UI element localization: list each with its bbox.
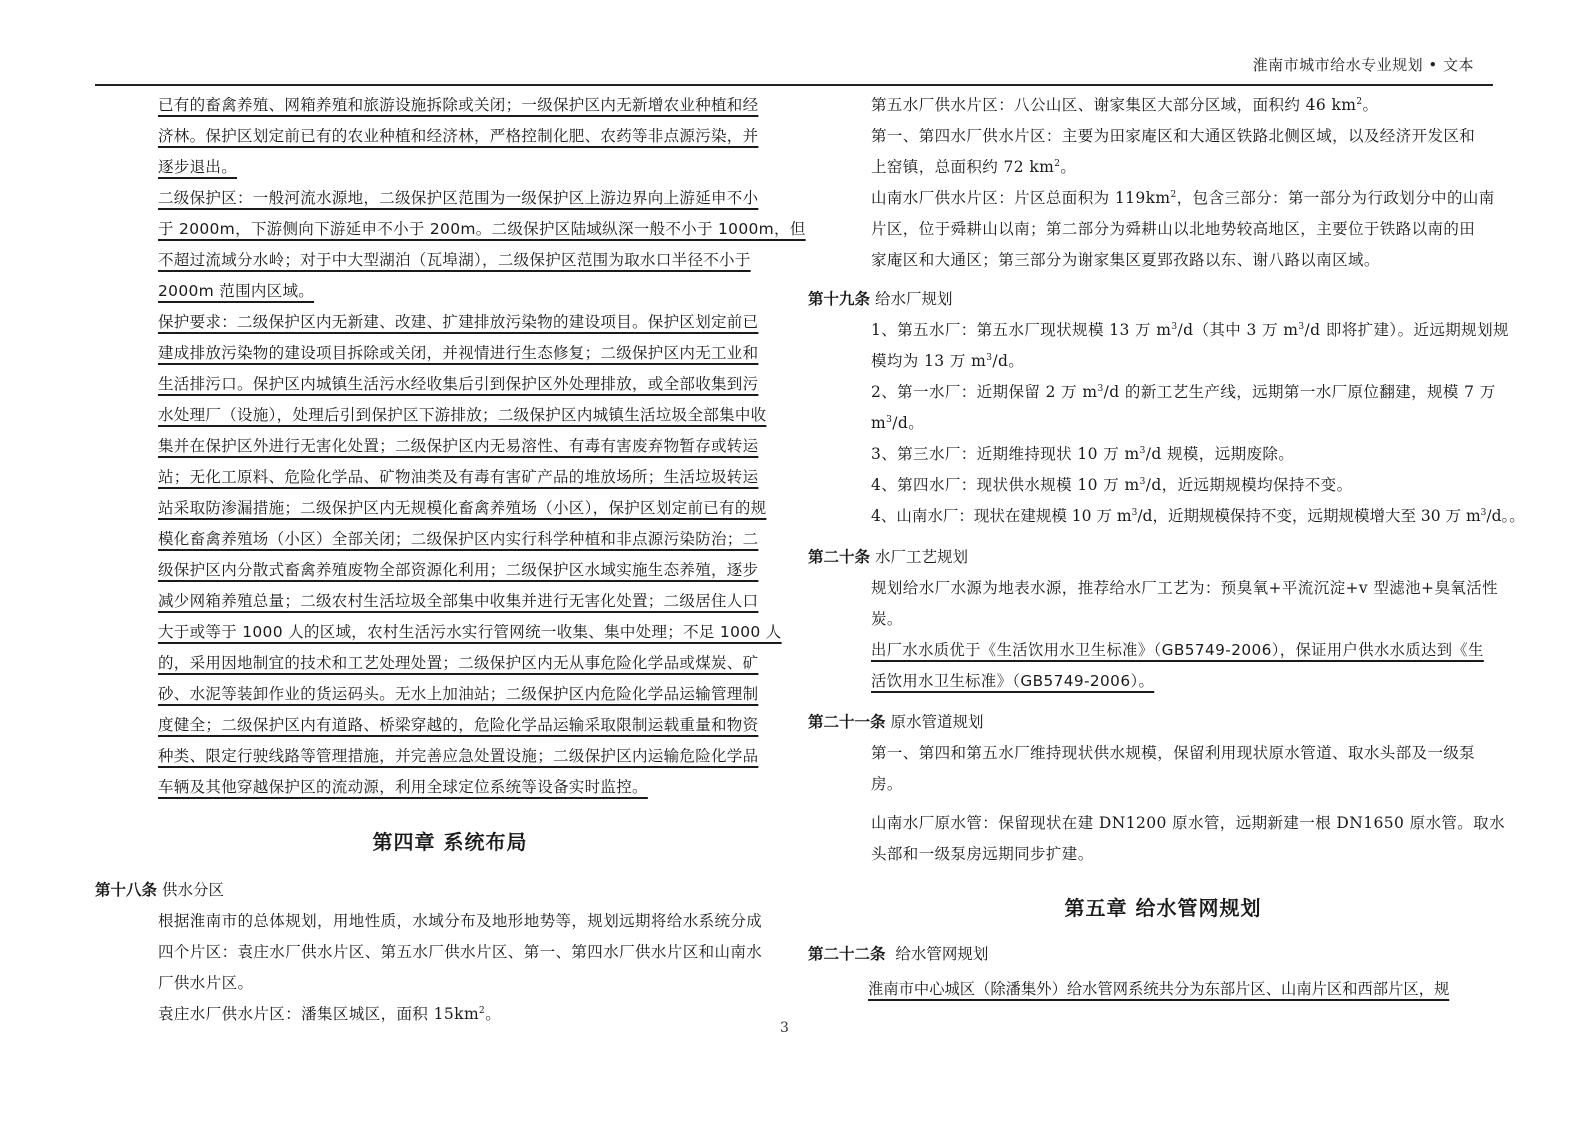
text-line: 袁庄水厂供水片区：潘集区城区，面积 15km2。	[158, 999, 765, 1030]
text-line: 出厂水水质优于《生活饮用水卫生标准》（GB5749-2006），保证用户供水水质…	[871, 641, 1484, 659]
text-line: 第五水厂供水片区：八公山区、谢家集区大部分区域，面积约 46 km2。	[871, 90, 1478, 121]
article-20-paragraph: 规划给水厂水源为地表水源，推荐给水厂工艺为：预臭氧+平流沉淀+v 型滤池+臭氧活…	[808, 573, 1478, 697]
article-label: 第二十一条	[808, 713, 886, 731]
text-line: 大于或等于 1000 人的区域，农村生活污水实行管网统一收集、集中处理；不足 1…	[158, 623, 782, 641]
text-line: 二级保护区：一般河流水源地，二级保护区范围为一级保护区上游边界向上游延申不小	[158, 189, 758, 207]
text-line: 度健全；二级保护区内有道路、桥梁穿越的，危险化学品运输采取限制运载重量和物资	[158, 716, 758, 734]
text-line: 济林。保护区划定前已有的农业种植和经济林，严格控制化肥、农药等非点源污染，并	[158, 127, 758, 145]
protection-requirements-paragraph: 保护要求：二级保护区内无新建、改建、扩建排放污染物的建设项目。保护区划定前已 建…	[95, 307, 765, 803]
article-19-list: 1、第五水厂：第五水厂现状规模 13 万 m3/d（其中 3 万 m3/d 即将…	[808, 315, 1478, 532]
text-line: 不超过流域分水岭；对于中大型湖泊（瓦埠湖），二级保护区范围为取水口半径不小于	[158, 251, 751, 269]
header-rule	[95, 84, 1493, 86]
left-column: 已有的畜禽养殖、网箱养殖和旅游设施拆除或关闭；一级保护区内无新增农业种植和经 济…	[95, 90, 765, 1030]
text-line: 于 2000m，下游侧向下游延申不小于 200m。二级保护区陆域纵深一般不小于 …	[158, 220, 806, 238]
article-label: 第二十条	[808, 548, 870, 566]
article-label: 第十九条	[808, 290, 870, 308]
article-title: 原水管道规划	[890, 713, 983, 731]
supply-zones-paragraph: 第五水厂供水片区：八公山区、谢家集区大部分区域，面积约 46 km2。 第一、第…	[808, 90, 1478, 276]
text-line: 已有的畜禽养殖、网箱养殖和旅游设施拆除或关闭；一级保护区内无新增农业种植和经	[158, 96, 758, 114]
text-line: 站采取防渗漏措施；二级保护区内无规模化畜禽养殖场（小区），保护区划定前已有的规	[158, 499, 766, 517]
text-line: 炭。	[871, 604, 1478, 635]
text-line: 保护要求：二级保护区内无新建、改建、扩建排放污染物的建设项目。保护区划定前已	[158, 313, 758, 331]
secondary-zone-paragraph: 二级保护区：一般河流水源地，二级保护区范围为一级保护区上游边界向上游延申不小 于…	[95, 183, 765, 307]
article-title: 水厂工艺规划	[875, 548, 968, 566]
text-line: 种类、限定行驶线路等管理措施，并完善应急处置设施；二级保护区内运输危险化学品	[158, 747, 758, 765]
text-line: 根据淮南市的总体规划，用地性质，水域分布及地形地势等，规划远期将给水系统分成	[158, 906, 765, 937]
chapter-4-heading: 第四章 系统布局	[95, 826, 765, 855]
protection-zone-paragraph-1: 已有的畜禽养殖、网箱养殖和旅游设施拆除或关闭；一级保护区内无新增农业种植和经 济…	[95, 90, 765, 183]
text-line: 淮南市中心城区（除潘集外）给水管网系统共分为东部片区、山南片区和西部片区，规	[868, 980, 1449, 998]
list-item: 3、第三水厂：近期维持现状 10 万 m3/d 规模，远期废除。	[871, 439, 1478, 470]
article-title: 给水管网规划	[895, 945, 988, 963]
article-18-heading: 第十八条 供水分区	[95, 875, 765, 906]
text-line: 建成排放污染物的建设项目拆除或关闭，并视情进行生态修复；二级保护区内无工业和	[158, 344, 758, 362]
article-title: 供水分区	[162, 881, 224, 899]
text-line: 头部和一级泵房远期同步扩建。	[871, 839, 1478, 870]
list-item: 4、山南水厂：现状在建规模 10 万 m3/d，近期规模保持不变，远期规模增大至…	[871, 501, 1478, 532]
text-line: 山南水厂供水片区：片区总面积为 119km2，包含三部分：第一部分为行政划分中的…	[871, 183, 1478, 214]
text-line: 规划给水厂水源为地表水源，推荐给水厂工艺为：预臭氧+平流沉淀+v 型滤池+臭氧活…	[871, 573, 1478, 604]
list-item: m3/d。	[871, 408, 1478, 439]
text-line: 砂、水泥等装卸作业的货运码头。无水上加油站；二级保护区内危险化学品运输管理制	[158, 685, 758, 703]
text-line: 活饮用水卫生标准》（GB5749-2006）。	[871, 672, 1154, 690]
list-item: 2、第一水厂：近期保留 2 万 m3/d 的新工艺生产线，远期第一水厂原位翻建，…	[871, 377, 1478, 408]
list-item: 4、第四水厂：现状供水规模 10 万 m3/d，近远期规模均保持不变。	[871, 470, 1478, 501]
text-line: 厂供水片区。	[158, 968, 765, 999]
article-21-paragraph: 第一、第四和第五水厂维持现状供水规模，保留利用现状原水管道、取水头部及一级泵 房…	[808, 738, 1478, 870]
text-line: 2000m 范围内区域。	[158, 282, 314, 300]
text-line: 水处理厂（设施），处理后引到保护区下游排放；二级保护区内城镇生活垃圾全部集中收	[158, 406, 766, 424]
text-line: 上窑镇，总面积约 72 km2。	[871, 152, 1478, 183]
chapter-5-heading: 第五章 给水管网规划	[808, 892, 1478, 921]
text-line: 级保护区内分散式畜禽养殖废物全部资源化利用；二级保护区水域实施生态养殖，逐步	[158, 561, 758, 579]
page-header-title: 淮南市城市给水专业规划 • 文本	[1253, 54, 1474, 75]
text-line: 站；无化工原料、危险化学品、矿物油类及有毒有害矿产品的堆放场所；生活垃圾转运	[158, 468, 758, 486]
text-line: 生活排污口。保护区内城镇生活污水经收集后引到保护区外处理排放，或全部收集到污	[158, 375, 758, 393]
article-22-heading: 第二十二条 给水管网规划	[808, 939, 1478, 970]
text-line: 减少网箱养殖总量；二级农村生活垃圾全部集中收集并进行无害化处置；二级居住人口	[158, 592, 758, 610]
article-title: 给水厂规划	[875, 290, 953, 308]
text-line: 四个片区：袁庄水厂供水片区、第五水厂供水片区、第一、第四水厂供水片区和山南水	[158, 937, 765, 968]
article-22-paragraph: 淮南市中心城区（除潘集外）给水管网系统共分为东部片区、山南片区和西部片区，规	[808, 974, 1478, 1005]
text-line: 第一、第四和第五水厂维持现状供水规模，保留利用现状原水管道、取水头部及一级泵	[871, 738, 1478, 769]
page-number: 3	[780, 1020, 789, 1036]
text-line: 房。	[871, 769, 1478, 800]
article-label: 第二十二条	[808, 945, 886, 963]
article-label: 第十八条	[95, 881, 157, 899]
article-18-paragraph: 根据淮南市的总体规划，用地性质，水域分布及地形地势等，规划远期将给水系统分成 四…	[95, 906, 765, 1030]
list-item: 1、第五水厂：第五水厂现状规模 13 万 m3/d（其中 3 万 m3/d 即将…	[871, 315, 1478, 346]
list-item: 模均为 13 万 m3/d。	[871, 346, 1478, 377]
text-line: 模化畜禽养殖场（小区）全部关闭；二级保护区内实行科学种植和非点源污染防治；二	[158, 530, 758, 548]
right-column: 第五水厂供水片区：八公山区、谢家集区大部分区域，面积约 46 km2。 第一、第…	[808, 90, 1478, 1005]
text-line: 车辆及其他穿越保护区的流动源，利用全球定位系统等设备实时监控。	[158, 778, 648, 796]
article-20-heading: 第二十条 水厂工艺规划	[808, 542, 1478, 573]
text-line: 山南水厂原水管：保留现状在建 DN1200 原水管，远期新建一根 DN1650 …	[871, 808, 1478, 839]
text-line: 的，采用因地制宜的技术和工艺处理处置；二级保护区内无从事危险化学品或煤炭、矿	[158, 654, 758, 672]
article-19-heading: 第十九条 给水厂规划	[808, 284, 1478, 315]
article-21-heading: 第二十一条 原水管道规划	[808, 707, 1478, 738]
text-line: 集并在保护区外进行无害化处置；二级保护区内无易溶性、有毒有害废弃物暂存或转运	[158, 437, 758, 455]
text-line: 片区，位于舜耕山以南；第二部分为舜耕山以北地势较高地区，主要位于铁路以南的田	[871, 214, 1478, 245]
text-line: 逐步退出。	[158, 158, 237, 176]
text-line: 第一、第四水厂供水片区：主要为田家庵区和大通区铁路北侧区域，以及经济开发区和	[871, 121, 1478, 152]
text-line: 家庵区和大通区；第三部分为谢家集区夏郢孜路以东、谢八路以南区域。	[871, 245, 1478, 276]
